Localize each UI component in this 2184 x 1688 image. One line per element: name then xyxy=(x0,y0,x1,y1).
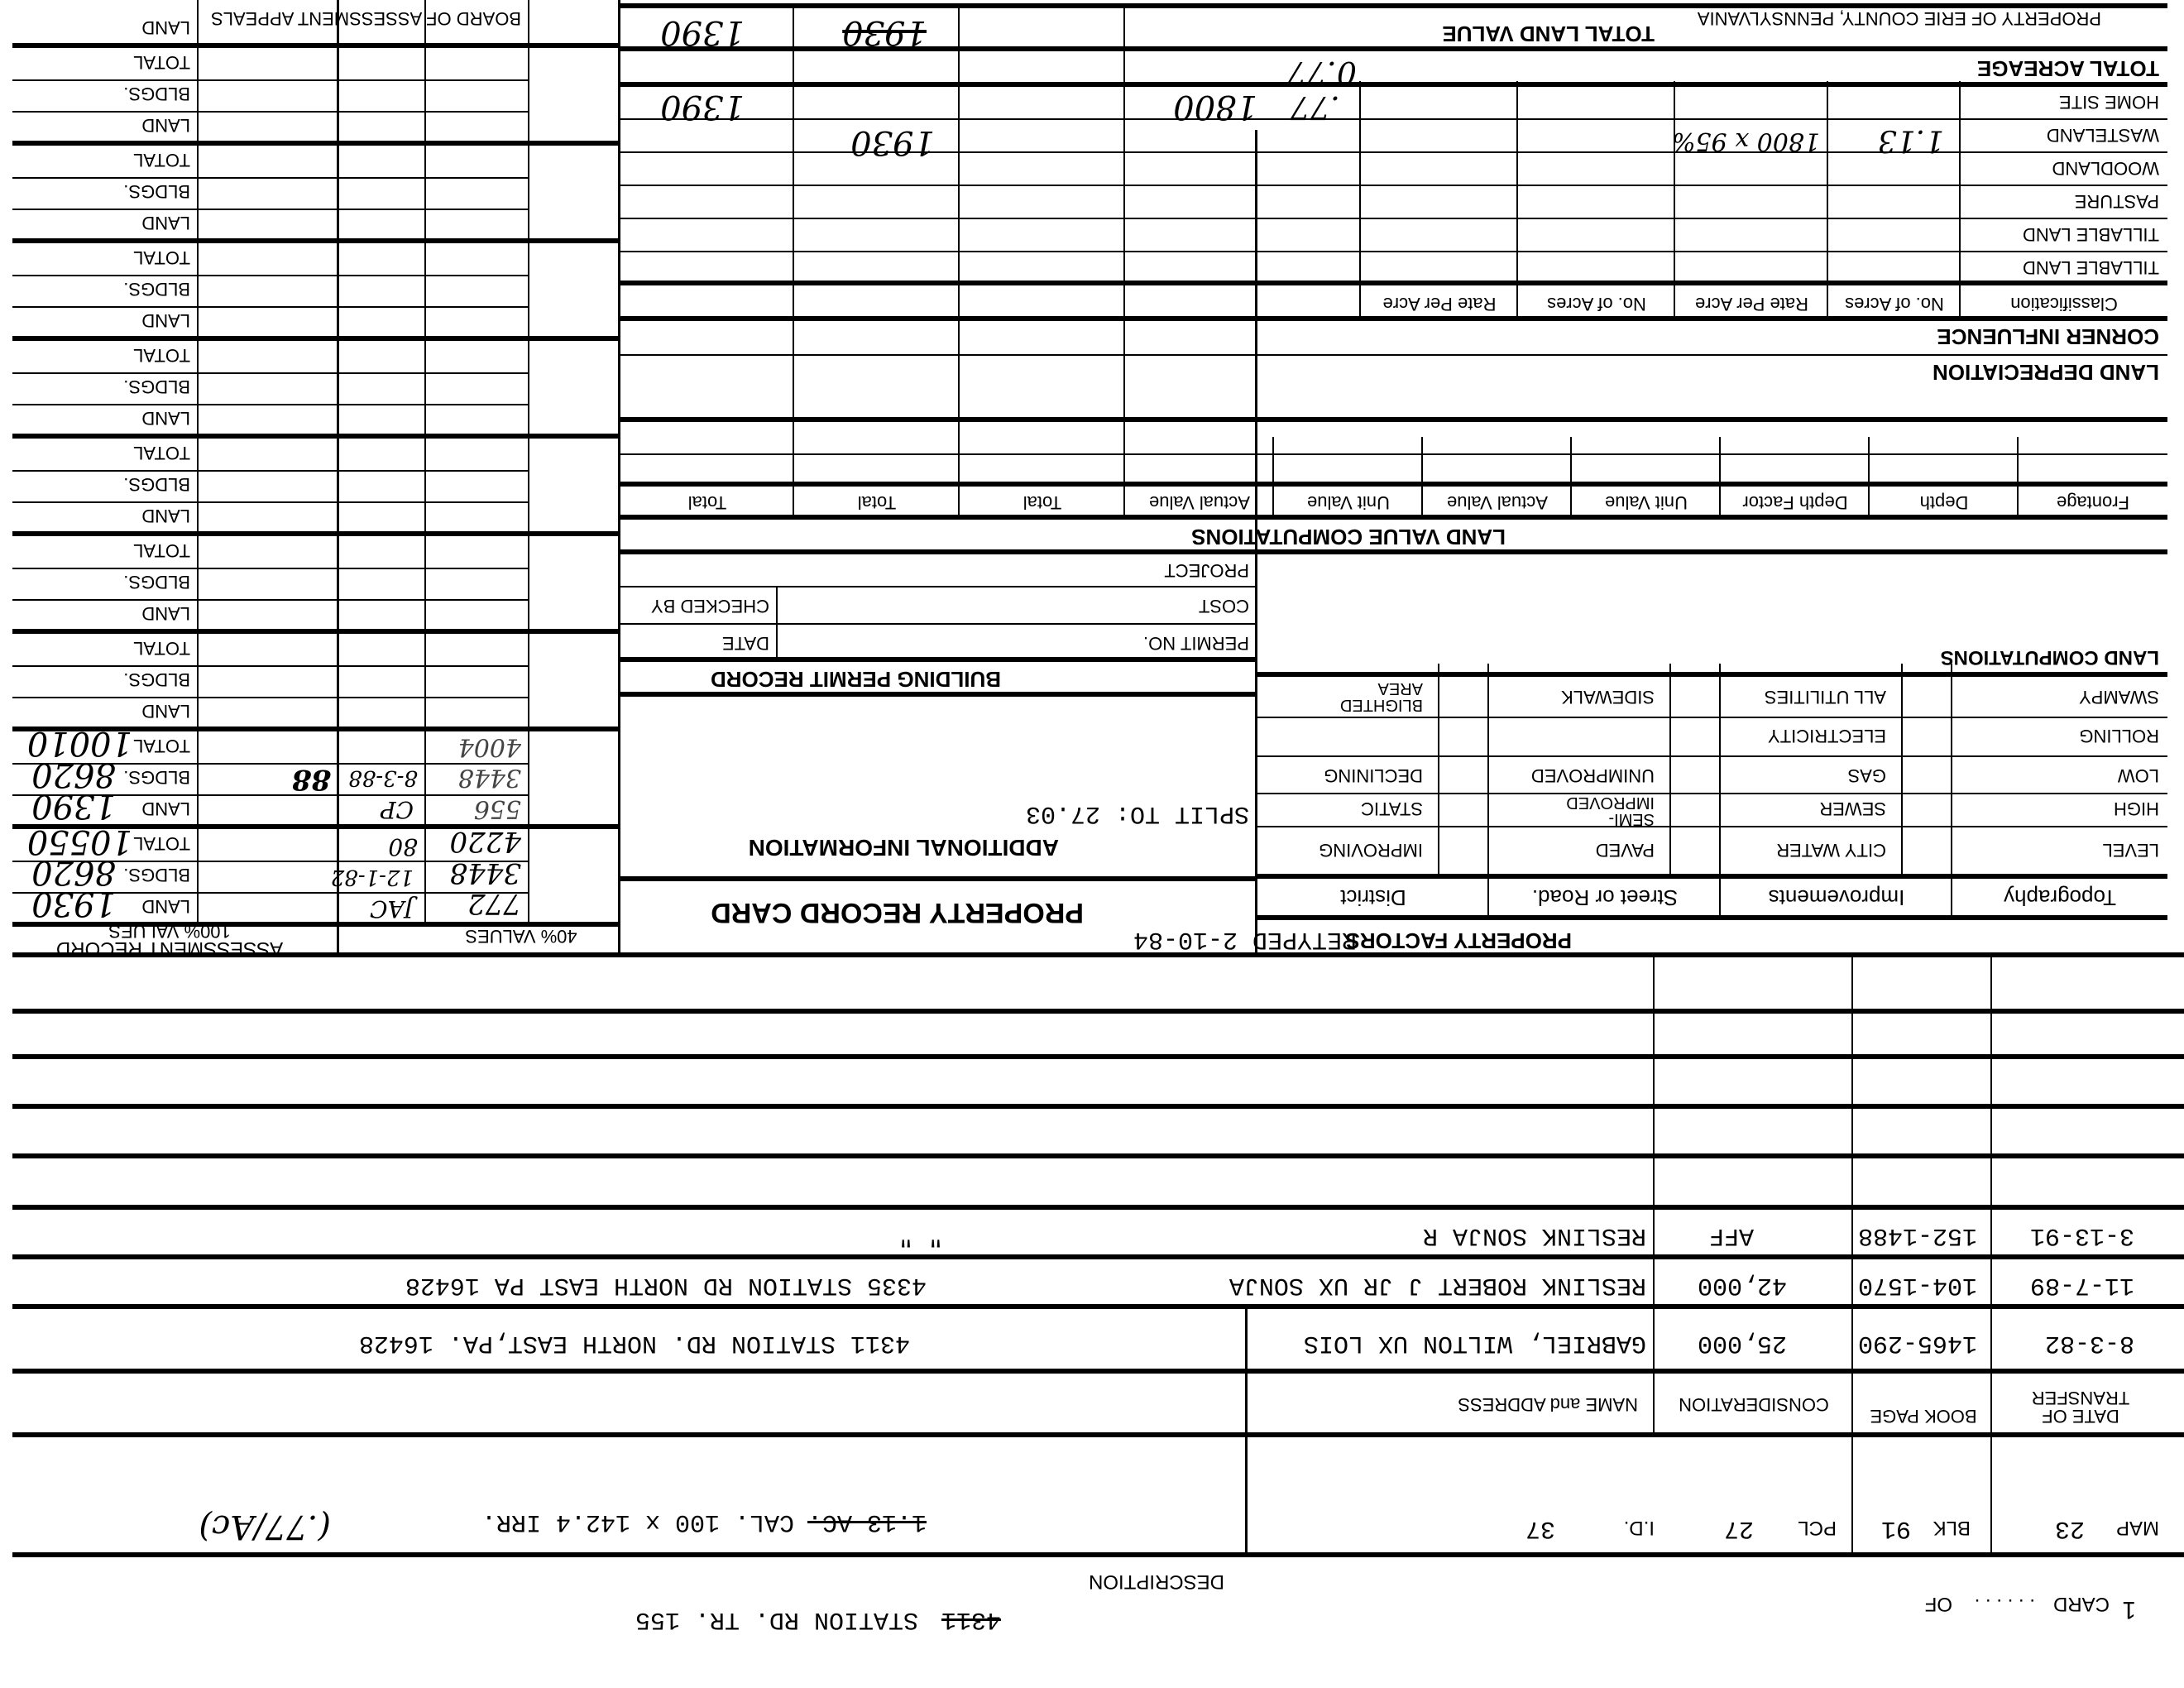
divider xyxy=(12,306,529,308)
row-label-bldgs: BLDGS. xyxy=(123,376,190,397)
checked-by-label: CHECKED BY xyxy=(651,595,769,616)
divider xyxy=(1990,1437,1992,1557)
factor-electricity: ELECTRICITY xyxy=(1768,725,1886,746)
description-street-number-struck: 4311 xyxy=(941,1605,1001,1633)
divider xyxy=(1868,437,1870,520)
property-record-card-rotated: CARD 1 OF . . . . . . DESCRIPTION 4311 S… xyxy=(0,0,2184,1688)
divider xyxy=(1257,915,2167,920)
divider xyxy=(12,1304,2184,1309)
row-label-bldgs: BLDGS. xyxy=(123,864,190,885)
col-rate-per-acre-1: Rate Per Acre xyxy=(1675,293,1828,314)
classification-wasteland: WASTELAND xyxy=(2047,124,2159,146)
divider xyxy=(12,1254,2184,1259)
transfer-book-page: 1465-290 xyxy=(1858,1329,1977,1357)
total-acreage-value: 0.77 xyxy=(1286,55,1357,91)
description-line1: STATION RD. TR. 155 xyxy=(635,1605,918,1633)
factor-rolling: ROLLING xyxy=(2079,725,2159,746)
map-label: MAP xyxy=(2116,1516,2159,1539)
divider xyxy=(1487,664,1489,920)
col-improvements: Improvements xyxy=(1721,885,1952,910)
divider xyxy=(12,1369,2184,1374)
divider xyxy=(12,336,620,341)
divider xyxy=(12,727,620,731)
factor-blighted-area: BLIGHTED AREA xyxy=(1315,680,1423,713)
divider xyxy=(12,238,620,243)
divider xyxy=(620,417,2167,422)
date-label: DATE xyxy=(722,632,769,654)
divider xyxy=(528,0,529,927)
col-header-consideration: CONSIDERATION xyxy=(1659,1393,1849,1415)
col-header-book-page: BOOK PAGE xyxy=(1861,1407,1985,1425)
divider xyxy=(1257,793,2167,794)
divider xyxy=(1257,755,2167,757)
card-of-label: OF xyxy=(1925,1592,1952,1615)
row-label-land: LAND xyxy=(141,212,190,233)
col-total-2: Total xyxy=(794,492,960,513)
row-label-land: LAND xyxy=(141,700,190,722)
divider xyxy=(620,657,1257,662)
pcl-label: PCL xyxy=(1798,1516,1837,1539)
divider xyxy=(1990,957,1992,1437)
transfer-consideration: AFF xyxy=(1709,1221,1754,1249)
factor-improving: IMPROVING xyxy=(1319,839,1423,861)
divider xyxy=(12,141,620,146)
row-label-total: TOTAL xyxy=(133,149,190,170)
total-land-value-old: 1930 xyxy=(842,13,927,51)
wasteland-acres: 1.13 xyxy=(1878,123,1944,157)
divider xyxy=(12,665,529,667)
transfer-consideration: 42,000 xyxy=(1698,1271,1787,1299)
row-label-land: LAND xyxy=(141,114,190,136)
id-value: 37 xyxy=(1525,1514,1555,1542)
divider xyxy=(12,177,529,179)
divider xyxy=(1851,1437,1853,1557)
row-label-land: LAND xyxy=(141,602,190,624)
col-no-of-acres-2: No. of Acres xyxy=(1518,293,1675,314)
factor-sidewalk: SIDEWALK xyxy=(1561,686,1655,707)
col-unit-value-2: Unit Value xyxy=(1274,492,1423,513)
divider xyxy=(1257,717,2167,718)
divider xyxy=(12,794,529,796)
divider xyxy=(620,515,2167,520)
row-label-bldgs: BLDGS. xyxy=(123,83,190,104)
property-record-card-title: PROPERTY RECORD CARD xyxy=(711,896,1084,928)
v40-total: 4220 xyxy=(449,825,521,858)
row-label-bldgs: BLDGS. xyxy=(123,278,190,300)
v40-total: 4004 xyxy=(458,732,521,761)
row-label-total: TOTAL xyxy=(133,247,190,268)
col-actual-value-2: Actual Value xyxy=(1125,492,1274,513)
land-computations-title: LAND COMPUTATIONS xyxy=(1941,645,2159,669)
factor-low: LOW xyxy=(2118,765,2159,786)
transfer-consideration: 25,000 xyxy=(1698,1329,1787,1357)
home-site-total: 1390 xyxy=(660,88,745,126)
divider xyxy=(12,697,529,698)
classification-woodland: WOODLAND xyxy=(2052,157,2159,179)
divider xyxy=(12,501,529,503)
classification-home-site: HOME SITE xyxy=(2059,91,2159,113)
divider xyxy=(620,876,1257,881)
divider xyxy=(2017,437,2019,520)
factor-unimproved: UNIMPROVED xyxy=(1531,765,1655,786)
row-label-bldgs: BLDGS. xyxy=(123,669,190,690)
cost-label: COST xyxy=(1199,595,1249,616)
row-label-total: TOTAL xyxy=(133,51,190,73)
transfer-address: 4311 STATION RD. NORTH EAST,PA. 16428 xyxy=(359,1329,910,1357)
row-label-land: LAND xyxy=(141,798,190,819)
divider xyxy=(620,82,2167,87)
transfer-date: 11-7-89 xyxy=(2030,1271,2134,1299)
col-classification: Classification xyxy=(1961,293,2167,314)
divider xyxy=(1719,437,1721,520)
divider xyxy=(1653,957,1655,1437)
divider xyxy=(620,692,1257,697)
factor-static: STATIC xyxy=(1361,798,1423,819)
retyped-date: RETYPED 2-10-84 xyxy=(1133,925,1357,953)
assessment-initials: JAC xyxy=(370,895,414,923)
land-value-computations-title: LAND VALUE COMPUTATIONS xyxy=(1191,524,1506,549)
divider xyxy=(12,1104,2184,1109)
row-label-total: TOTAL xyxy=(133,539,190,561)
assessment-initials: CP xyxy=(381,796,414,823)
divider xyxy=(197,0,199,927)
col-topography: Topography xyxy=(1952,885,2167,910)
total-land-value: 1390 xyxy=(660,13,745,51)
col-rate-per-acre-2: Rate Per Acre xyxy=(1361,293,1518,314)
col-no-of-acres-1: No. of Acres xyxy=(1828,293,1961,314)
row-label-bldgs: BLDGS. xyxy=(123,766,190,788)
divider xyxy=(424,0,426,927)
divider xyxy=(12,1205,2184,1210)
row-label-land: LAND xyxy=(141,309,190,331)
divider xyxy=(12,111,529,113)
transfer-name: RESLINK ROBERT J JR UX SONJA xyxy=(1229,1271,1646,1299)
divider xyxy=(12,275,529,276)
divider xyxy=(1257,826,2167,827)
card-label: CARD xyxy=(2053,1592,2110,1615)
divider xyxy=(12,79,529,81)
divider xyxy=(12,404,529,405)
col-header-date-of-transfer: DATE OF TRANSFER xyxy=(1994,1388,2167,1425)
classification-tillable-2: TILLABLE LAND xyxy=(2023,223,2159,245)
assessment-year: 80 xyxy=(388,833,418,861)
factor-semi-improved: SEMI-IMPROVED xyxy=(1547,794,1655,827)
row-label-land: LAND xyxy=(141,17,190,38)
divider xyxy=(12,892,529,894)
divider xyxy=(1669,664,1671,879)
row-label-bldgs: BLDGS. xyxy=(123,571,190,592)
card-dots: . . . . . . xyxy=(1975,1594,2035,1617)
divider xyxy=(1257,672,2167,677)
total-land-value-label: TOTAL LAND VALUE xyxy=(1442,21,1655,46)
factor-all-utilities: ALL UTILITIES xyxy=(1765,686,1886,707)
transfer-book-page: 152-1488 xyxy=(1858,1221,1977,1249)
divider xyxy=(620,482,2167,487)
description-line2: CAL. 100 x 142.4 IRR. xyxy=(481,1508,794,1536)
col-depth: Depth xyxy=(1870,492,2019,513)
transfer-book-page: 104-1570 xyxy=(1858,1271,1977,1299)
land-depreciation-title: LAND DEPRECIATION xyxy=(1933,359,2159,385)
factor-sewer: SEWER xyxy=(1819,798,1886,819)
total-acreage-label: TOTAL ACREAGE xyxy=(1977,55,2159,81)
split-to-note: SPLIT TO: 27.03 xyxy=(1026,799,1249,827)
divider xyxy=(12,568,529,569)
col-actual-value: Actual Value xyxy=(1423,492,1572,513)
divider xyxy=(620,453,2167,455)
project-label: PROJECT xyxy=(1164,559,1249,581)
wasteland-rate: 1800 x 95% xyxy=(1672,127,1820,156)
divider xyxy=(1570,437,1572,520)
divider xyxy=(620,251,2167,252)
row-label-bldgs: BLDGS. xyxy=(123,473,190,495)
divider xyxy=(12,43,620,48)
blk-value: 91 xyxy=(1881,1514,1911,1542)
row-label-total: TOTAL xyxy=(133,344,190,366)
county-title: PROPERTY OF ERIE COUNTY, PENNSYLVANIA xyxy=(1698,7,2101,29)
transfer-name: RESLINK SONJA R xyxy=(1423,1221,1646,1249)
divider xyxy=(12,1153,2184,1158)
row-label-bldgs: BLDGS. xyxy=(123,180,190,202)
divider xyxy=(12,629,620,634)
col-street-road: Street or Road. xyxy=(1489,885,1721,910)
classification-pasture: PASTURE xyxy=(2075,190,2159,212)
divider xyxy=(1421,437,1423,520)
description-acreage-handwritten: (.77/Ac) xyxy=(199,1508,331,1546)
transfer-date: 3-13-91 xyxy=(2030,1221,2134,1249)
property-factors-title: PROPERTY FACTORS xyxy=(1345,928,1572,953)
factor-city-water: CITY WATER xyxy=(1776,839,1886,861)
row-label-land: LAND xyxy=(141,505,190,526)
col-total-1: Total xyxy=(960,492,1125,513)
row-label-total: TOTAL xyxy=(133,735,190,756)
building-permit-title: BUILDING PERMIT RECORD xyxy=(711,666,1001,692)
map-value: 23 xyxy=(2055,1514,2085,1542)
description-label: DESCRIPTION xyxy=(1089,1570,1224,1593)
assessment-date: 12-1-82 xyxy=(331,865,414,890)
divider xyxy=(1438,664,1439,879)
assessment-date: 8-3-88 xyxy=(348,765,418,790)
transfer-name: GABRIEL, WILTON UX LOIS xyxy=(1304,1329,1646,1357)
factor-gas: GAS xyxy=(1848,765,1886,786)
factor-declining: DECLINING xyxy=(1324,765,1423,786)
col-40-values: 40% VALUES xyxy=(426,925,616,947)
row-label-total: TOTAL xyxy=(133,832,190,854)
divider xyxy=(1901,664,1903,879)
divider xyxy=(12,372,529,374)
col-total-3: Total xyxy=(620,492,794,513)
card-number: 1 xyxy=(2122,1595,2136,1623)
divider xyxy=(12,470,529,472)
divider xyxy=(620,354,2167,356)
factor-high: HIGH xyxy=(2114,798,2159,819)
pcl-value: 27 xyxy=(1724,1514,1754,1542)
factor-level: LEVEL xyxy=(2103,839,2160,861)
permit-no-label: PERMIT NO. xyxy=(1143,632,1249,654)
divider xyxy=(12,1432,2184,1437)
v40-bldgs: 3448 xyxy=(458,763,521,792)
divider xyxy=(776,587,778,662)
transfer-date: 8-3-82 xyxy=(2045,1329,2134,1357)
divider xyxy=(12,531,620,536)
divider xyxy=(1719,664,1721,920)
factor-swampy: SWAMPY xyxy=(2079,686,2159,707)
divider xyxy=(12,209,529,210)
wasteland-total: 1930 xyxy=(850,123,935,161)
divider xyxy=(12,1054,2184,1059)
divider xyxy=(1951,664,1952,920)
assessment-year: 88 xyxy=(292,763,331,796)
v40-land: 556 xyxy=(474,794,521,823)
divider xyxy=(12,861,529,862)
home-site-acres: .77 xyxy=(1291,89,1340,126)
divider xyxy=(12,1009,2184,1014)
col-unit-value: Unit Value xyxy=(1572,492,1721,513)
row-label-total: TOTAL xyxy=(133,442,190,463)
divider xyxy=(620,218,2167,219)
col-frontage: Frontage xyxy=(2019,492,2167,513)
home-site-rate: 1800 xyxy=(1173,88,1257,126)
description-acreage-struck: 1.13 AC. xyxy=(807,1508,927,1536)
col-depth-factor: Depth Factor xyxy=(1721,492,1870,513)
divider xyxy=(620,623,1257,625)
col-header-name-address: NAME and ADDRESS xyxy=(1458,1393,1638,1415)
transfer-address: " " xyxy=(898,1221,943,1249)
divider xyxy=(1272,437,1274,520)
row-label-total: TOTAL xyxy=(133,637,190,659)
divider xyxy=(12,599,529,601)
divider xyxy=(1257,874,2167,879)
transfer-address: 4335 STATION RD NORTH EAST PA 16428 xyxy=(405,1271,927,1299)
blk-label: BLK xyxy=(1933,1516,1971,1539)
row-label-land: LAND xyxy=(141,895,190,917)
factor-paved: PAVED xyxy=(1596,839,1655,861)
divider xyxy=(1851,957,1853,1437)
row-label-land: LAND xyxy=(141,407,190,429)
divider xyxy=(620,316,2167,321)
divider xyxy=(12,1552,2184,1557)
divider xyxy=(12,434,620,439)
divider xyxy=(620,185,2167,186)
divider xyxy=(620,549,2167,554)
divider xyxy=(12,763,529,765)
id-label: I.D. xyxy=(1624,1516,1655,1539)
classification-tillable: TILLABLE LAND xyxy=(2023,257,2159,278)
additional-information-label: ADDITIONAL INFORMATION xyxy=(749,834,1059,861)
corner-influence-title: CORNER INFLUENCE xyxy=(1937,324,2159,349)
col-district: District xyxy=(1257,885,1489,910)
divider xyxy=(620,281,2167,285)
divider xyxy=(620,586,1257,587)
divider xyxy=(620,118,2167,120)
board-title: BOARD OF ASSESSMENT APPEALS xyxy=(211,7,521,29)
